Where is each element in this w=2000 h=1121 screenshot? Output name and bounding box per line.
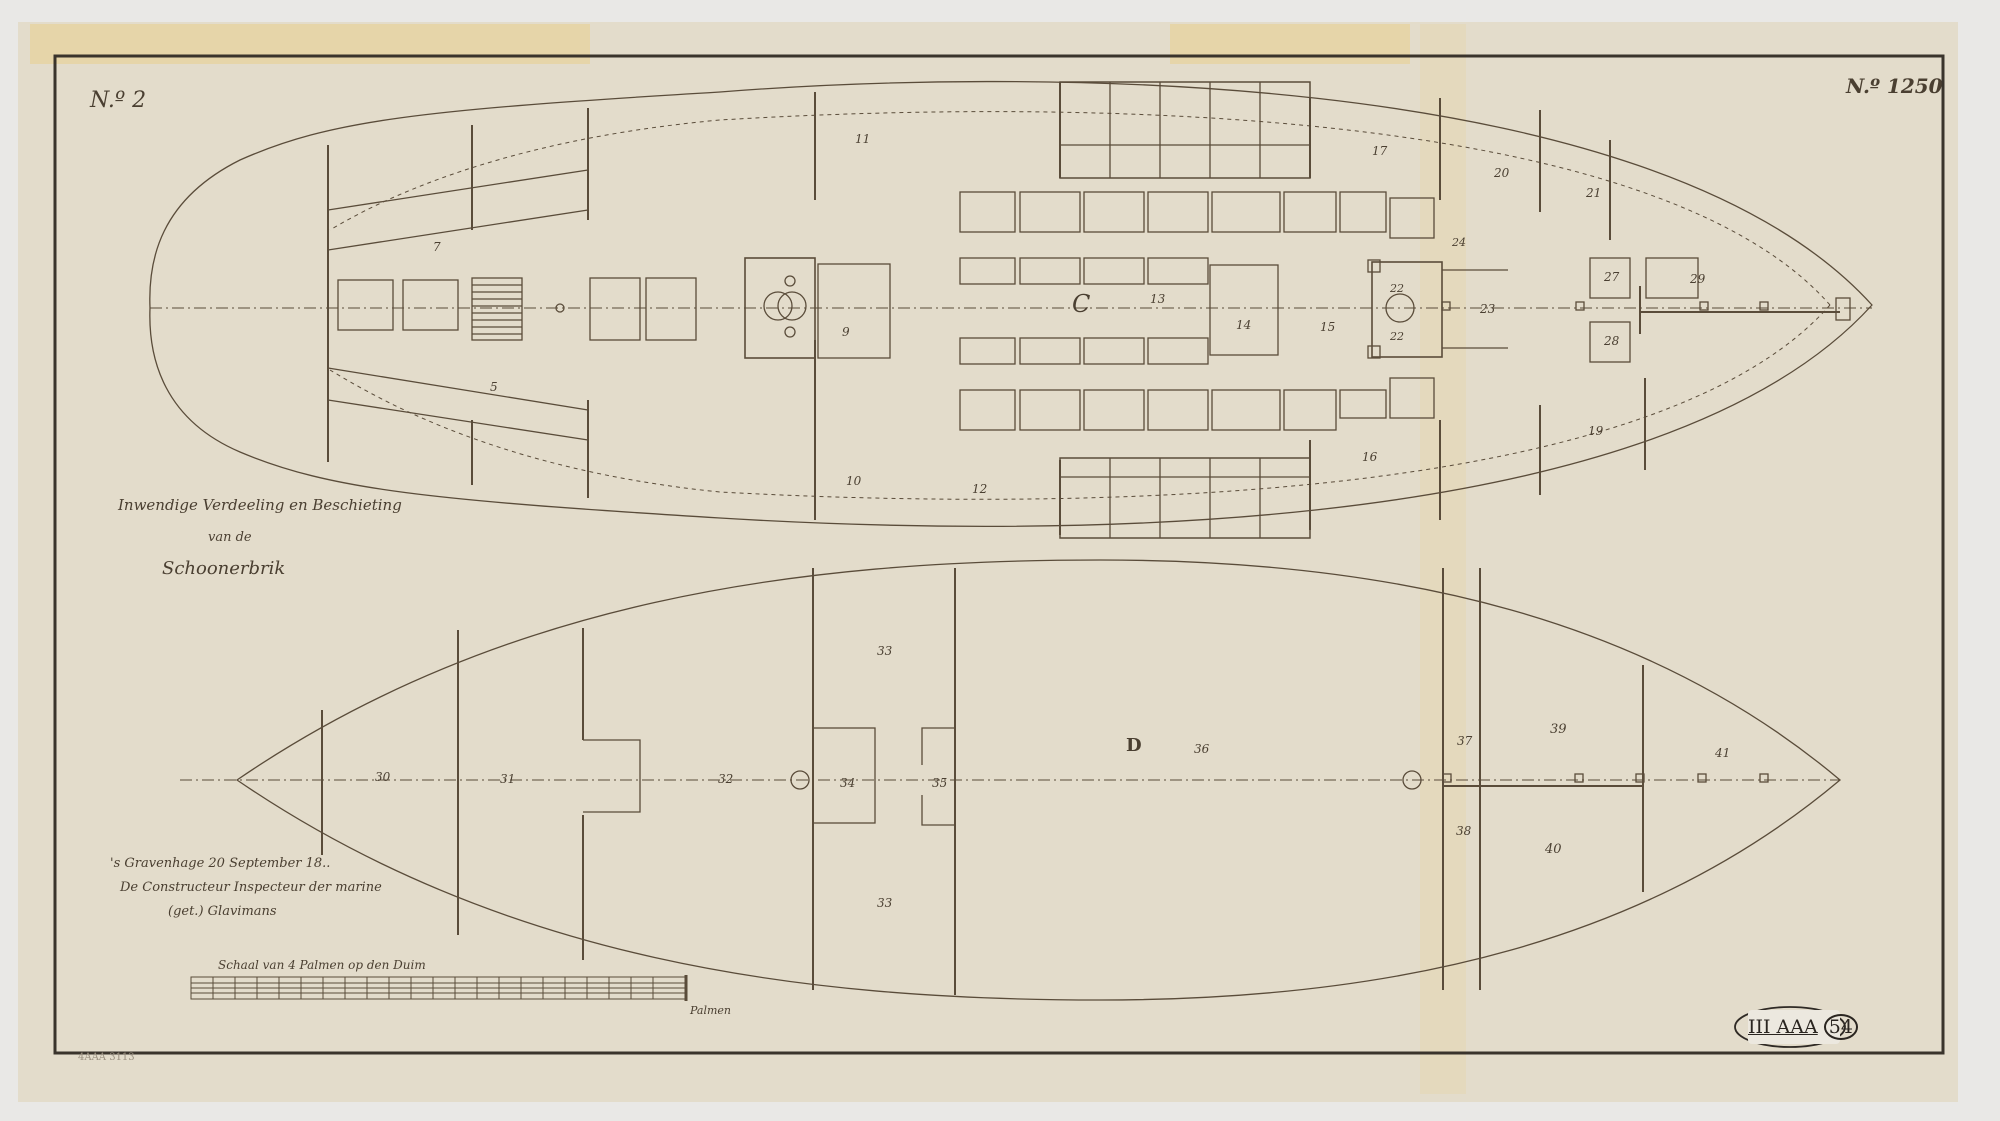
signature-line-2: De Constructeur Inspecteur der marine (120, 880, 382, 895)
compartment-label: 22 (1390, 282, 1404, 295)
scale-unit: Palmen (690, 1004, 731, 1017)
compartment-label: 30 (375, 770, 390, 784)
compartment-label: 10 (846, 474, 861, 488)
compartment-label: 14 (1236, 318, 1251, 332)
compartment-label: 7 (433, 240, 441, 254)
compartment-label: 40 (1545, 842, 1562, 857)
lower-deck-plan (180, 560, 1840, 1000)
compartment-label: 38 (1456, 824, 1471, 838)
compartment-label: 36 (1194, 742, 1209, 756)
compartment-label: 5 (490, 380, 498, 394)
scale-caption: Schaal van 4 Palmen op den Duim (218, 958, 426, 972)
compartment-label: 32 (718, 772, 733, 786)
compartment-label: 11 (855, 132, 870, 146)
archive-stamp-text: III AAA (1748, 1016, 1818, 1038)
ship-drawing (0, 0, 2000, 1121)
compartment-label: 9 (842, 325, 850, 339)
section-letter-upper: C (1072, 290, 1090, 318)
scale-bar (191, 975, 686, 1001)
compartment-label: 15 (1320, 320, 1335, 334)
compartment-label: 17 (1372, 144, 1387, 158)
compartment-label: 35 (932, 776, 947, 790)
sheet-number: N.º 2 (90, 88, 146, 113)
compartment-label: 37 (1457, 734, 1472, 748)
compartment-label: 13 (1150, 292, 1165, 306)
compartment-label: 21 (1586, 186, 1601, 200)
compartment-label: 33 (877, 644, 892, 658)
catalog-number: N.º 1250 (1846, 74, 1943, 98)
compartment-label: 20 (1494, 166, 1509, 180)
compartment-label: 29 (1690, 272, 1705, 286)
compartment-label: 23 (1480, 302, 1495, 316)
compartment-label: 24 (1452, 236, 1466, 249)
compartment-label: 19 (1588, 424, 1603, 438)
compartment-label: 22 (1390, 330, 1404, 343)
compartment-label: 16 (1362, 450, 1377, 464)
section-letter-lower: D (1126, 735, 1142, 756)
title-line-1: Inwendige Verdeeling en Beschieting (118, 496, 402, 514)
upper-deck-plan (150, 82, 1872, 538)
compartment-label: 12 (972, 482, 987, 496)
compartment-label: 27 (1604, 270, 1619, 284)
compartment-label: 39 (1550, 722, 1567, 737)
title-line-2: van de (208, 530, 252, 545)
signature-line-3: (get.) Glavimans (168, 904, 277, 919)
title-line-3: Schoonerbrik (162, 558, 285, 579)
ship-plan-sheet: N.º 2 N.º 1250 Inwendige Verdeeling en B… (0, 0, 2000, 1121)
compartment-label: 28 (1604, 334, 1619, 348)
compartment-label: 34 (840, 776, 855, 790)
archive-stamp: III AAA 54 (1748, 1014, 1858, 1040)
compartment-label: 41 (1715, 746, 1730, 760)
compartment-label: 31 (500, 772, 515, 786)
archive-stamp-number: 54 (1824, 1014, 1858, 1040)
compartment-label: 33 (877, 896, 892, 910)
pencil-note: 4AAA 3113 (78, 1052, 135, 1063)
signature-line-1: 's Gravenhage 20 September 18.. (110, 856, 330, 871)
